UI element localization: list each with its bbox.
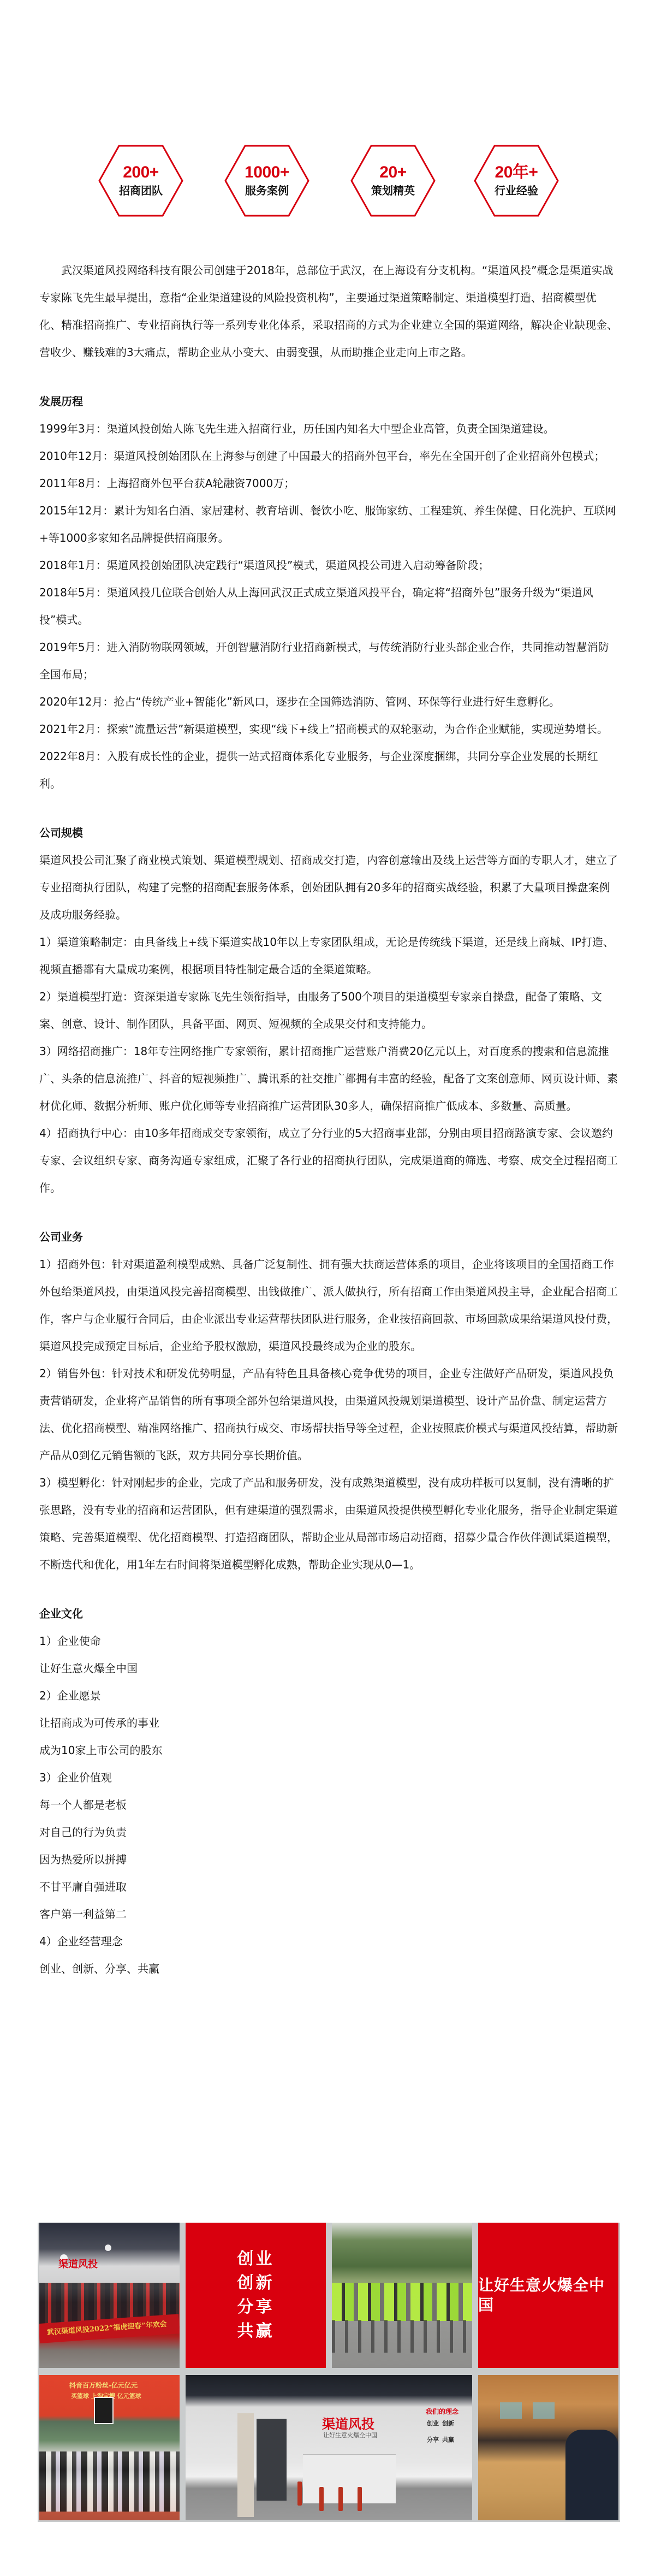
- culture-subheading: 4）企业经营理念: [39, 1928, 618, 1955]
- history-item: 2019年5月：进入消防物联网领域，开创智慧消防行业招商新模式，与传统消防行业头…: [39, 633, 618, 688]
- stat-hexagon: 20+ 策划精英: [350, 145, 436, 217]
- history-item: 2015年12月：累计为知名白酒、家居建材、教育培训、餐饮小吃、服饰家纺、工程建…: [39, 497, 618, 552]
- business-item: 3）模型孵化：针对刚起步的企业，完成了产品和服务研发，没有成熟渠道模型，没有成功…: [39, 1469, 618, 1578]
- photo-team-dinner: [478, 2375, 618, 2520]
- history-item: 2020年12月：抢占“传统产业+智能化”新风口，逐步在全国筛选消防、管网、环保…: [39, 688, 618, 715]
- culture-line: 成为10家上市公司的股东: [39, 1737, 618, 1764]
- scale-item: 1）渠道策略制定：由具备线上+线下渠道实战10年以上专家团队组成，无论是传统线下…: [39, 928, 618, 983]
- culture-line: 让好生意火爆全中国: [39, 1655, 618, 1682]
- history-item: 2018年1月：渠道风投创始团队决定践行“渠道风投”模式，渠道风投公司进入启动筹…: [39, 552, 618, 579]
- culture-line: 不甘平庸自强进取: [39, 1873, 618, 1900]
- business-list: 1）招商外包：针对渠道盈利模型成熟、具备广泛复制性、拥有强大扶商运营体系的项目，…: [39, 1251, 618, 1578]
- slogan-tile-mission: 让好生意火爆全中国: [478, 2223, 618, 2368]
- photo-office-reception: 渠道风投 让好生意火爆全中国 我们的理念 创业 创新 分享 共赢: [186, 2375, 472, 2520]
- culture-line: 让招商成为可传承的事业: [39, 1709, 618, 1737]
- intro-paragraph: 武汉渠道风投网络科技有限公司创建于2018年，总部位于武汉，在上海设有分支机构。…: [39, 257, 618, 366]
- section-heading-history: 发展历程: [39, 388, 618, 415]
- wall-slogan-text: 让好生意火爆全中国: [323, 2431, 377, 2439]
- photo-annual-party: 渠道风投 武汉渠道风投2022“福虎迎春”年欢会: [39, 2223, 180, 2368]
- culture-subheading: 3）企业价值观: [39, 1764, 618, 1791]
- wall-logo-text: 渠道风投: [322, 2413, 374, 2432]
- scale-item: 4）招商执行中心：由10多年招商成交专家领衔，成立了分行业的5大招商事业部，分别…: [39, 1120, 618, 1201]
- stat-hexagon: 200+ 招商团队: [98, 145, 183, 217]
- scale-item: 3）网络招商推广：18年专注网络推广专家领衔，累计招商推广运营账户消费20亿元以…: [39, 1038, 618, 1120]
- section-heading-culture: 企业文化: [39, 1600, 618, 1627]
- stat-hexagon: 1000+ 服务案例: [224, 145, 309, 217]
- stat-label: 招商团队: [119, 183, 163, 198]
- history-item: 2021年2月：探索“流量运营”新渠道模型，实现“线下+线上”招商模式的双轮驱动…: [39, 715, 618, 743]
- stat-value: 200+: [123, 163, 159, 182]
- business-item: 1）招商外包：针对渠道盈利模型成熟、具备广泛复制性、拥有强大扶商运营体系的项目，…: [39, 1251, 618, 1360]
- wall-values-title: 我们的理念: [426, 2407, 458, 2416]
- section-heading-scale: 公司规模: [39, 819, 618, 846]
- history-item: 1999年3月：渠道风投创始人陈飞先生进入招商行业，历任国内知名大中型企业高管，…: [39, 415, 618, 442]
- wall-values: 创业 创新 分享 共赢: [427, 2419, 457, 2444]
- culture-line: 每一个人都是老板: [39, 1791, 618, 1819]
- photo-team-building: [332, 2223, 472, 2368]
- business-item: 2）销售外包：针对技术和研发优势明显，产品有特色且具备核心竞争优势的项目，企业专…: [39, 1360, 618, 1469]
- banner-text: 抖音百万粉丝-亿元亿元: [69, 2380, 138, 2390]
- slogan-line: 创新: [237, 2271, 275, 2295]
- history-item: 2011年8月：上海招商外包平台获A轮融资7000万；: [39, 470, 618, 497]
- history-item: 2022年8月：入股有成长性的企业，提供一站式招商体系化专业服务，与企业深度捆绑…: [39, 743, 618, 797]
- stat-label: 行业经验: [495, 183, 538, 198]
- history-item: 2018年5月：渠道风投几位联合创始人从上海回武汉正式成立渠道风投平台，确定将“…: [39, 579, 618, 633]
- culture-line: 创业、创新、分享、共赢: [39, 1955, 618, 1982]
- stat-label: 策划精英: [371, 183, 415, 198]
- section-heading-business: 公司业务: [39, 1223, 618, 1251]
- slogan-line: 创业: [237, 2247, 275, 2271]
- stat-value: 20+: [379, 163, 406, 182]
- culture-line: 客户第一利益第二: [39, 1900, 618, 1928]
- scale-list: 渠道风投公司汇聚了商业模式策划、渠道模型规划、招商成交打造，内容创意输出及线上运…: [39, 846, 618, 1201]
- company-profile: 武汉渠道风投网络科技有限公司创建于2018年，总部位于武汉，在上海设有分支机构。…: [39, 257, 618, 1982]
- stat-value: 1000+: [245, 163, 289, 182]
- culture-line: 对自己的行为负责: [39, 1819, 618, 1846]
- photo-basketball-team: 抖音百万粉丝-亿元亿元 买篮球 上淘宝搜 亿元篮球: [39, 2375, 180, 2520]
- slogan-line: 分享: [237, 2295, 275, 2319]
- slogan-tile-values: 创业 创新 分享 共赢: [186, 2223, 326, 2368]
- scale-item: 渠道风投公司汇聚了商业模式策划、渠道模型规划、招商成交打造，内容创意输出及线上运…: [39, 846, 618, 928]
- stat-value: 20年+: [495, 163, 538, 182]
- history-list: 1999年3月：渠道风投创始人陈飞先生进入招商行业，历任国内知名大中型企业高管，…: [39, 415, 618, 797]
- culture-subheading: 1）企业使命: [39, 1627, 618, 1655]
- photo-gallery: 渠道风投 武汉渠道风投2022“福虎迎春”年欢会 创业 创新 分享 共赢 让好生…: [38, 2223, 620, 2522]
- culture-subheading: 2）企业愿景: [39, 1682, 618, 1709]
- culture-list: 1）企业使命 让好生意火爆全中国 2）企业愿景 让招商成为可传承的事业 成为10…: [39, 1627, 618, 1982]
- scale-item: 2）渠道模型打造：资深渠道专家陈飞先生领衔指导，由服务了500个项目的渠道模型专…: [39, 983, 618, 1038]
- stat-label: 服务案例: [245, 183, 289, 198]
- slogan-text: 让好生意火爆全中国: [478, 2276, 618, 2315]
- stat-hexagon: 20年+ 行业经验: [474, 145, 559, 217]
- stats-row: 200+ 招商团队 1000+ 服务案例 20+ 策划精英 20年+ 行业经验: [0, 145, 655, 217]
- culture-line: 因为热爱所以拼搏: [39, 1846, 618, 1873]
- slogan-line: 共赢: [237, 2319, 275, 2343]
- history-item: 2010年12月：渠道风投创始团队在上海参与创建了中国最大的招商外包平台，率先在…: [39, 442, 618, 470]
- wall-logo-text: 渠道风投: [58, 2257, 98, 2271]
